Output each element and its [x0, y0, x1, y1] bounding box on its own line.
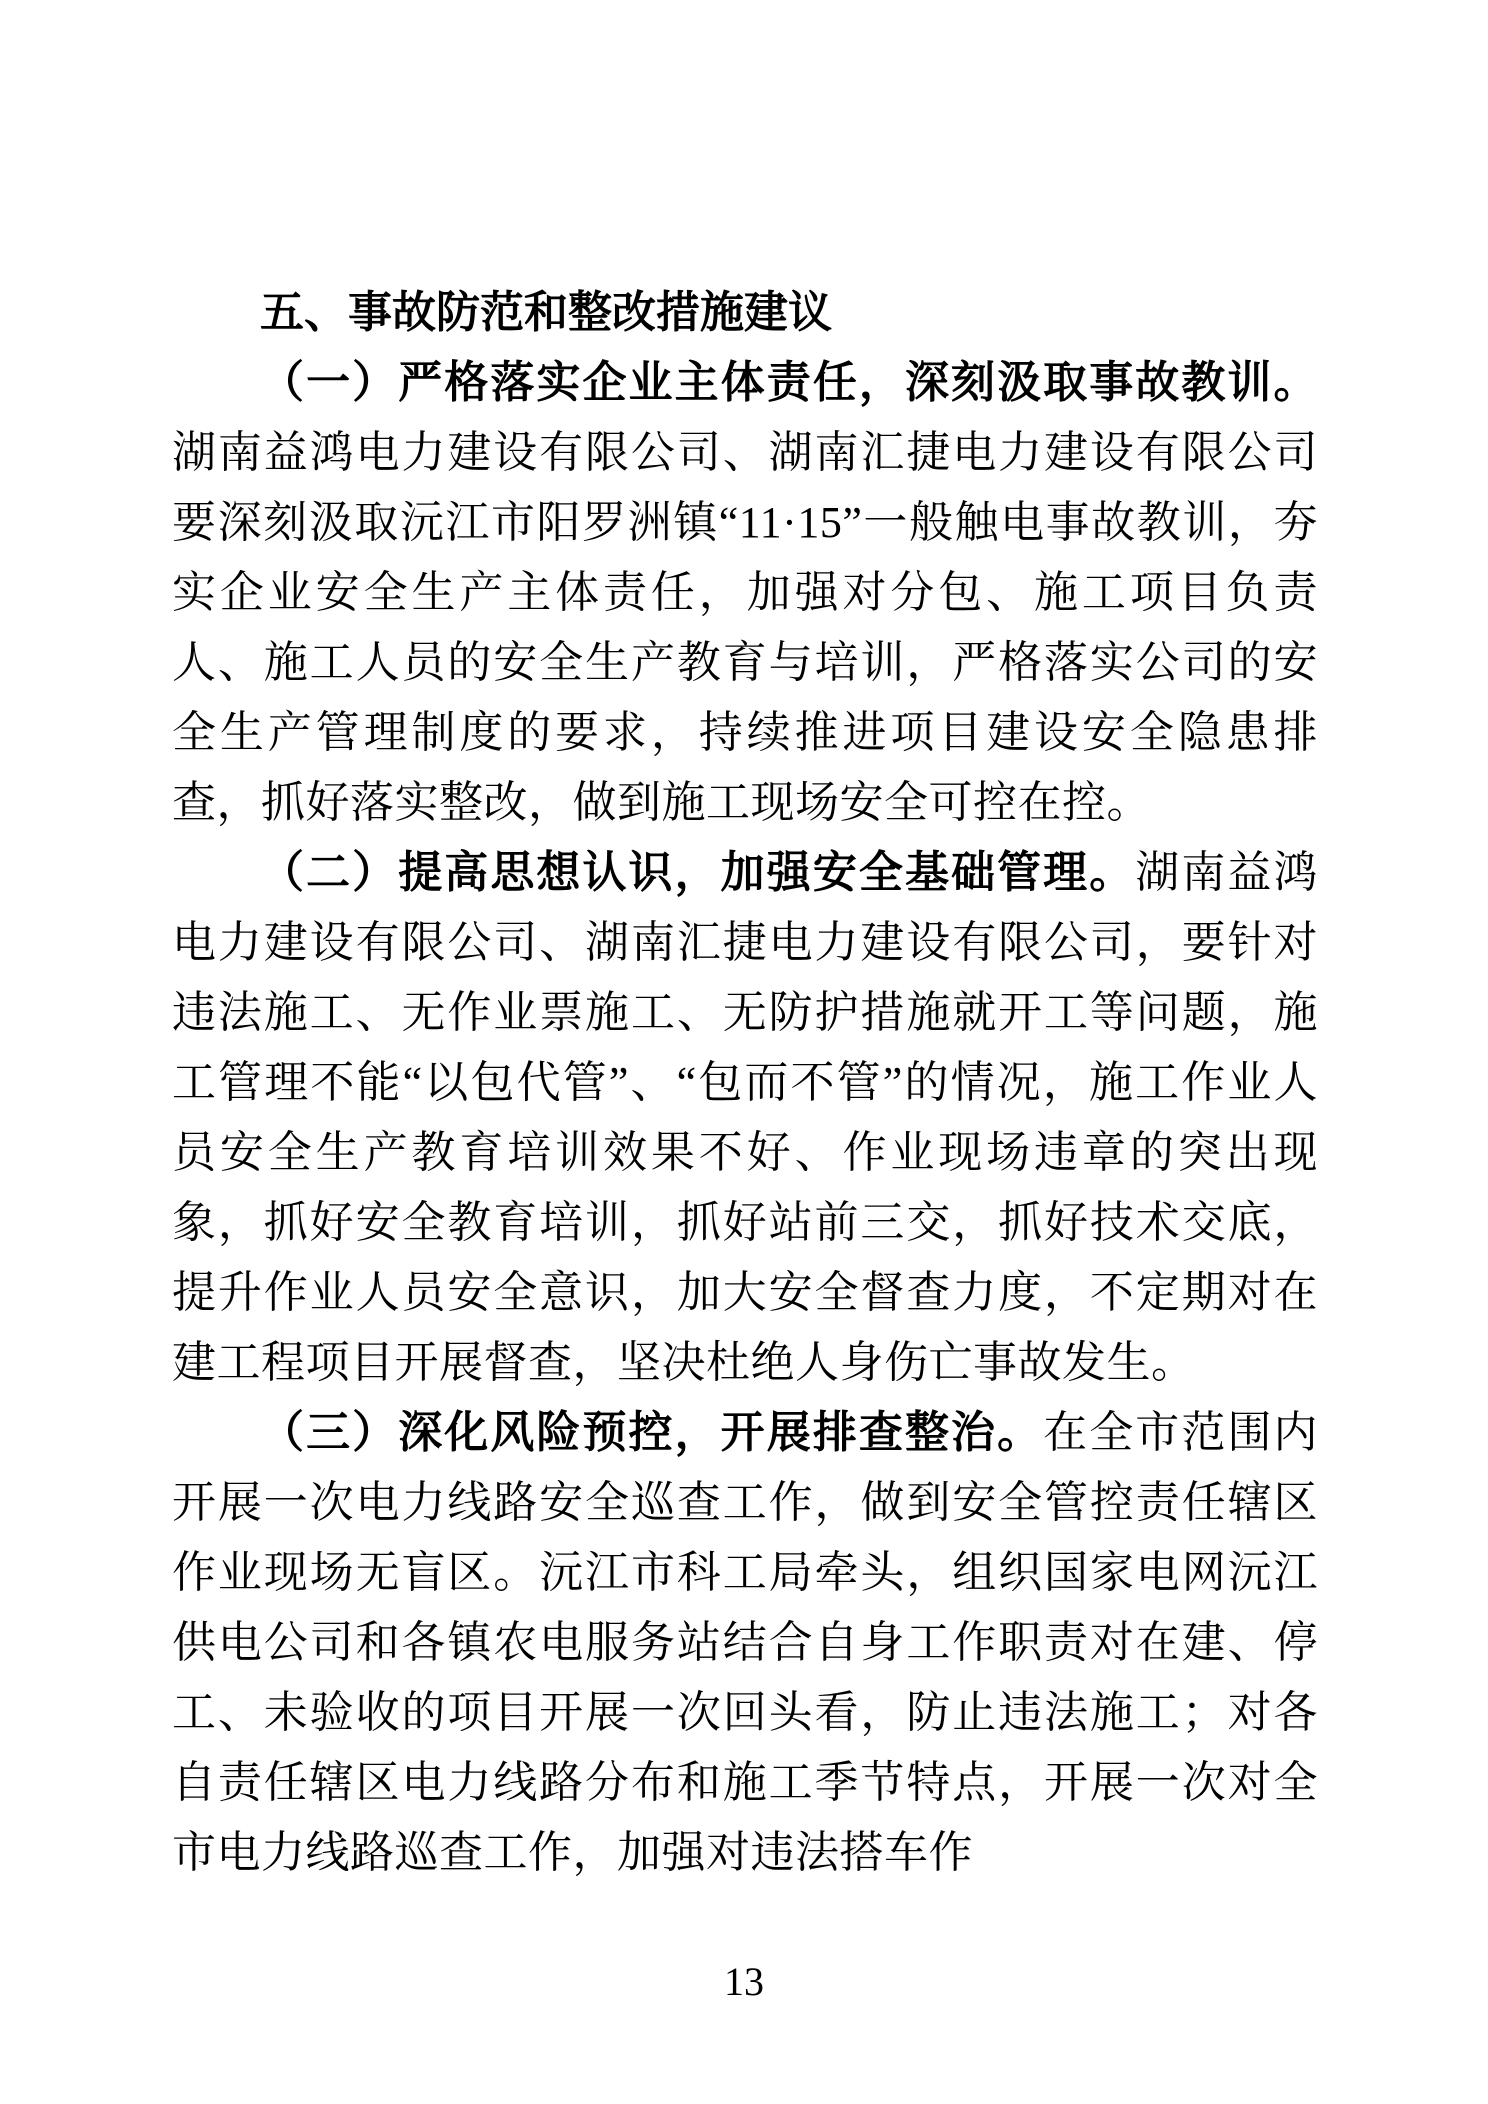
paragraph-1-body: 湖南益鸿电力建设有限公司、湖南汇捷电力建设有限公司要深刻汲取沅江市阳罗洲镇“11…	[172, 428, 1318, 827]
paragraph-2-lead: （二）提高思想认识，加强安全基础管理。	[260, 848, 1135, 897]
paragraph-2: （二）提高思想认识，加强安全基础管理。湖南益鸿电力建设有限公司、湖南汇捷电力建设…	[172, 838, 1318, 1398]
paragraph-3-lead: （三）深化风险预控，开展排查整治。	[260, 1408, 1043, 1457]
paragraph-1: （一）严格落实企业主体责任，深刻汲取事故教训。湖南益鸿电力建设有限公司、湖南汇捷…	[172, 348, 1318, 838]
paragraph-2-body: 湖南益鸿电力建设有限公司、湖南汇捷电力建设有限公司，要针对违法施工、无作业票施工…	[172, 848, 1318, 1387]
paragraph-3: （三）深化风险预控，开展排查整治。在全市范围内开展一次电力线路安全巡查工作，做到…	[172, 1398, 1318, 1888]
document-page: 五、事故防范和整改措施建议 （一）严格落实企业主体责任，深刻汲取事故教训。湖南益…	[0, 0, 1488, 2104]
paragraph-1-lead: （一）严格落实企业主体责任，深刻汲取事故教训。	[260, 358, 1318, 407]
paragraph-3-body: 在全市范围内开展一次电力线路安全巡查工作，做到安全管控责任辖区作业现场无盲区。沅…	[172, 1408, 1318, 1877]
document-text-block: 五、事故防范和整改措施建议 （一）严格落实企业主体责任，深刻汲取事故教训。湖南益…	[172, 278, 1318, 1888]
page-number: 13	[0, 1958, 1488, 2005]
section-heading: 五、事故防范和整改措施建议	[172, 278, 1318, 348]
